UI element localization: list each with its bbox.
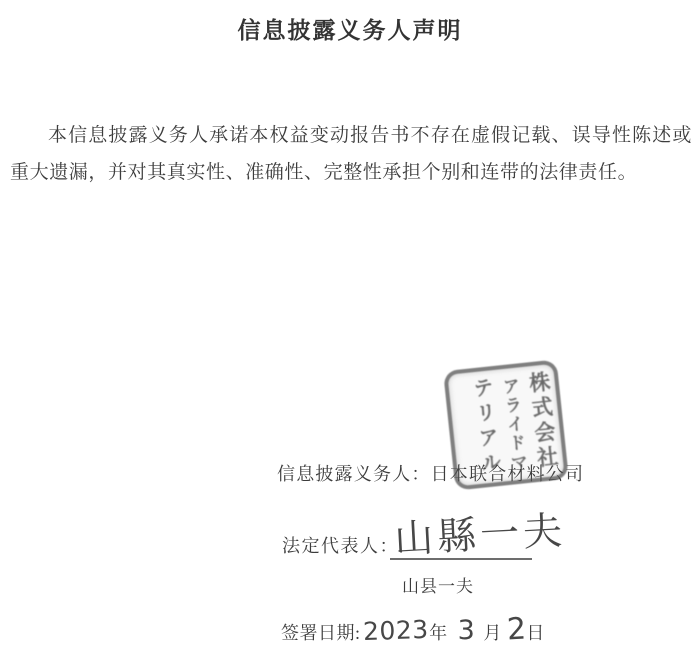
- legal-representative-label: 法定代表人：: [282, 532, 399, 558]
- declaration-paragraph: 本信息披露义务人承诺本权益变动报告书不存在虚假记载、误导性陈述或重大遗漏，并对其…: [10, 117, 692, 191]
- page-title: 信息披露义务人声明: [0, 12, 700, 45]
- sign-date-month-unit: 月: [483, 619, 502, 645]
- sign-date-year-unit: 年: [429, 619, 448, 645]
- legal-representative-printed-name: 山县一夫: [402, 572, 474, 597]
- sign-date-label: 签署日期:: [281, 619, 361, 645]
- sign-date-day-handwritten: 2: [506, 612, 527, 648]
- sign-date-line: 签署日期: 2023 年 3 月 2 日: [281, 612, 545, 648]
- sign-date-day-unit: 日: [526, 619, 545, 645]
- sign-date-month-handwritten: 3: [458, 615, 476, 646]
- document-page: 信息披露义务人声明 本信息披露义务人承诺本权益变动报告书不存在虚假记载、误导性陈…: [0, 0, 700, 666]
- company-seal-icon: 株式会社 アライドマ テリアル: [443, 359, 569, 490]
- sign-date-year-handwritten: 2023: [362, 615, 429, 646]
- legal-representative-signature: 山縣一夫: [393, 500, 568, 565]
- discloser-label: 信息披露义务人：: [277, 464, 431, 484]
